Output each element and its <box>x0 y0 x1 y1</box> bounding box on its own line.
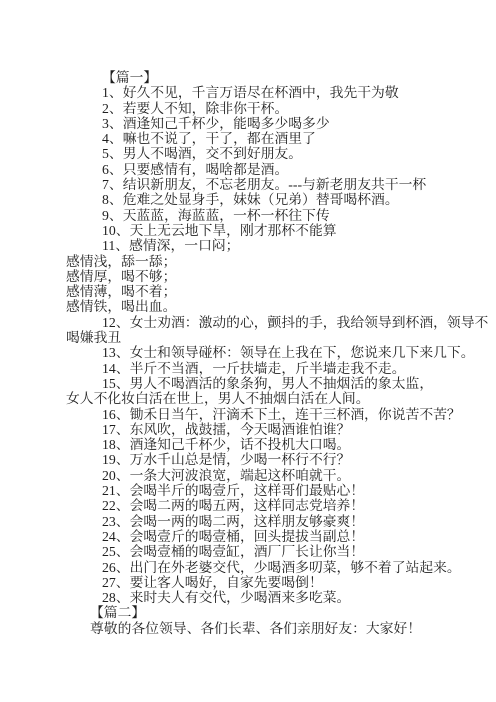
document-page: 【篇一】1、好久不见，千言万语尽在杯酒中，我先干为敬2、若要人不知，除非你干杯。… <box>0 0 496 702</box>
text-line-item: 14、半斤不当酒，一斤扶墙走，斤半墙走我不走。 <box>66 361 438 376</box>
text-line-item: 3、酒逢知己千杯少，能喝多少喝多少 <box>66 116 438 131</box>
text-line-item: 21、会喝半斤的喝壹斤，这样哥们最贴心！ <box>66 483 438 498</box>
text-line-continuation: 感情铁，喝出血。 <box>66 299 438 314</box>
text-line-item: 26、出门在外老婆交代，少喝酒多叨菜，够不着了站起来。 <box>66 560 438 575</box>
text-line-item: 28、来时夫人有交代，少喝酒来多吃菜。 <box>66 590 438 605</box>
text-line-item: 7、结识新朋友，不忘老朋友。---与新老朋友共干一杯 <box>66 177 438 192</box>
text-line-item: 12、女士劝酒：激动的心，颤抖的手，我给领导到杯酒，领导不 <box>66 315 438 330</box>
text-line-item: 17、东风吹，战鼓擂，今天喝酒谁怕谁？ <box>66 422 438 437</box>
text-line-item: 15、男人不喝酒活的象条狗，男人不抽烟活的象太监， <box>66 376 438 391</box>
text-line-item: 5、男人不喝酒，交不到好朋友。 <box>66 146 438 161</box>
text-line-continuation: 喝嫌我丑 <box>66 330 438 345</box>
text-line-item: 22、会喝二两的喝五两，这样同志党培养！ <box>66 498 438 513</box>
text-line-section-heading: 【篇二】 <box>66 605 438 620</box>
text-line-continuation: 感情厚，喝不够； <box>66 269 438 284</box>
text-line-item: 10、天上无云地下旱，刚才那杯不能算 <box>66 223 438 238</box>
text-line-item: 13、女士和领导碰杯：领导在上我在下，您说来几下来几下。 <box>66 345 438 360</box>
text-line-item: 9、天蓝蓝，海蓝蓝，一杯一杯往下传 <box>66 208 438 223</box>
text-line-greeting: 尊敬的各位领导、各们长辈、各们亲朋好友：大家好！ <box>66 621 438 636</box>
text-line-item: 20、一条大河波浪宽，端起这杯咱就干。 <box>66 468 438 483</box>
text-line-item: 24、会喝壹斤的喝壹桶，回头提拔当副总！ <box>66 529 438 544</box>
text-line-item: 18、酒逢知己千杯少，话不投机大口喝。 <box>66 437 438 452</box>
text-line-item: 16、锄禾日当午，汗滴禾下土，连干三杯酒，你说苦不苦？ <box>66 407 438 422</box>
text-line-continuation: 感情浅，舔一舔； <box>66 254 438 269</box>
text-line-continuation: 女人不化妆白活在世上，男人不抽烟白活在人间。 <box>66 391 438 406</box>
text-line-item: 8、危难之处显身手，妹妹（兄弟）替哥喝杯酒。 <box>66 192 438 207</box>
text-line-continuation: 感情薄，喝不着； <box>66 284 438 299</box>
text-line-item: 2、若要人不知，除非你干杯。 <box>66 101 438 116</box>
text-line-item: 19、万水千山总是情，少喝一杯行不行？ <box>66 452 438 467</box>
text-line-item: 27、要让客人喝好，自家先要喝倒！ <box>66 575 438 590</box>
text-line-item: 11、感情深，一口闷； <box>66 238 438 253</box>
text-line-item: 23、会喝一两的喝二两，这样朋友够豪爽！ <box>66 514 438 529</box>
text-line-item: 25、会喝壹桶的喝壹缸，酒厂厂长让你当！ <box>66 544 438 559</box>
text-line-section-heading: 【篇一】 <box>66 70 438 85</box>
document-text-block: 【篇一】1、好久不见，千言万语尽在杯酒中，我先干为敬2、若要人不知，除非你干杯。… <box>66 70 438 636</box>
text-line-item: 6、只要感情有，喝啥都是酒。 <box>66 162 438 177</box>
text-line-item: 1、好久不见，千言万语尽在杯酒中，我先干为敬 <box>66 85 438 100</box>
text-line-item: 4、嘛也不说了，干了，都在酒里了 <box>66 131 438 146</box>
